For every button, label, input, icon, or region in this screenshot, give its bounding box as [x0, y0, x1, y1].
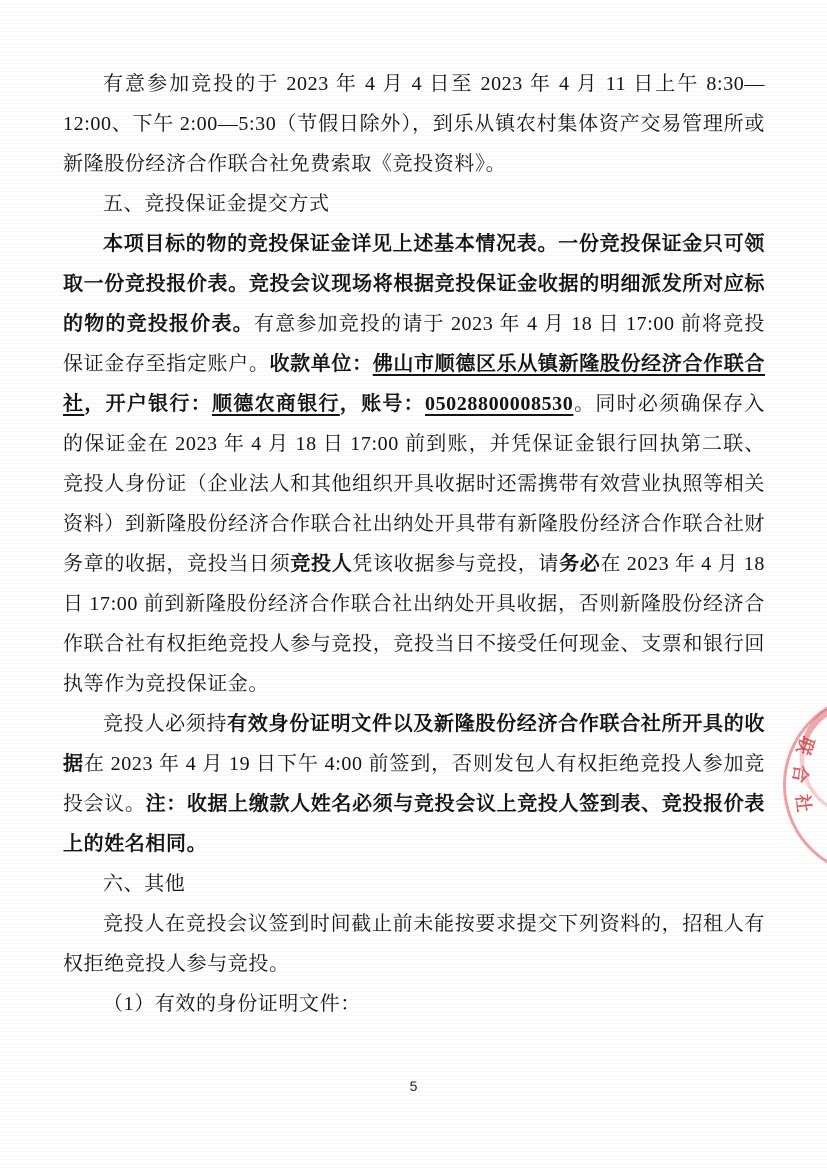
- red-seal-character: 社: [790, 793, 818, 814]
- page-number: 5: [0, 1078, 827, 1094]
- heading-section-6: 六、其他: [63, 864, 765, 904]
- para-invitation-period: 有意参加竞投的于 2023 年 4 月 4 日至 2023 年 4 月 11 日…: [63, 64, 765, 184]
- red-seal-character: 合: [787, 763, 815, 784]
- para-other-requirement: 竞投人在竞投会议签到时间截止前未能按要求提交下列资料的，招租人有权拒绝竞投人参与…: [63, 904, 765, 984]
- red-seal: [783, 693, 827, 877]
- document-page: 有意参加竞投的于 2023 年 4 月 4 日至 2023 年 4 月 11 日…: [0, 0, 827, 1169]
- document-body: 有意参加竞投的于 2023 年 4 月 4 日至 2023 年 4 月 11 日…: [63, 64, 765, 1024]
- para-item-1: （1）有效的身份证明文件：: [63, 984, 765, 1024]
- heading-section-5: 五、竞投保证金提交方式: [63, 184, 765, 224]
- para-signin-requirement: 竞投人必须持有效身份证明文件以及新隆股份经济合作联合社所开具的收据在 2023 …: [63, 704, 765, 864]
- para-deposit-details: 本项目标的物的竞投保证金详见上述基本情况表。一份竞投保证金只可领取一份竞投报价表…: [63, 224, 765, 704]
